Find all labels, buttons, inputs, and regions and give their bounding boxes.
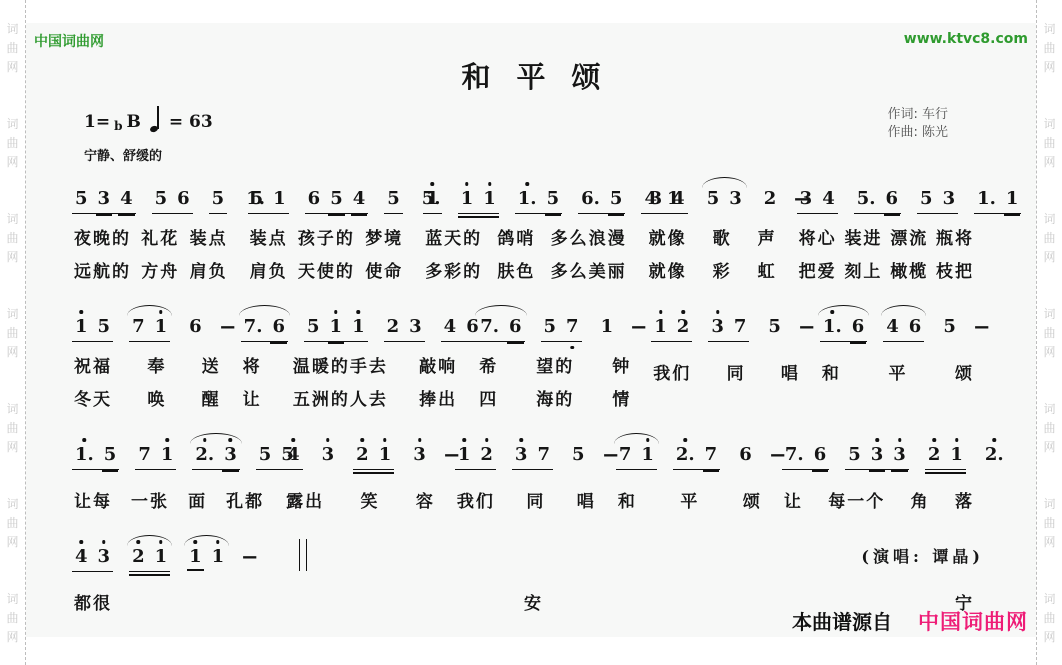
octave-dot-high [102, 540, 106, 544]
note-value: 4 [886, 316, 899, 337]
measure: 12375-我们同唱 [647, 296, 816, 410]
lyric-syllable: 同 [526, 487, 545, 512]
note: 5 [848, 446, 861, 464]
octave-dot-high [292, 438, 296, 442]
note: 3 [224, 446, 237, 464]
note-value: 4 [75, 546, 88, 567]
note-value: 5 [330, 188, 343, 209]
note: 2 [677, 318, 690, 336]
composer-credit: 作曲: 陈光 [887, 124, 948, 142]
lyric-syllable: 礼花 [141, 224, 179, 249]
lyric-syllable: 希 [479, 352, 498, 377]
note-value: 5 [75, 188, 88, 209]
note-group: 57 [541, 318, 582, 342]
note: 1 [352, 318, 365, 336]
note: 1 [379, 446, 392, 464]
lyrics-line: 将心装进漂流瓶将 [797, 224, 980, 249]
watermark-text: 词曲网 [1043, 23, 1055, 73]
measure: 1.6465-和平颂 [816, 296, 990, 410]
note: 1 [461, 190, 474, 208]
measure: 432111-都很安宁 [72, 526, 990, 614]
note-value: 5 [212, 188, 225, 209]
note-value: 6 [177, 188, 190, 209]
footer-source-label: 本曲谱源自 [792, 606, 892, 635]
flat-sign: b [114, 120, 122, 132]
note: 3 [322, 446, 335, 464]
note-value: 3 [943, 188, 956, 209]
note-value: 2 [928, 444, 941, 465]
note: 2. [195, 446, 214, 464]
note-value: 1 [426, 188, 439, 209]
octave-dot-high [525, 182, 529, 186]
lyric-syllable: 四 [479, 385, 498, 410]
lyric-syllable: 声 [758, 224, 777, 249]
note-value: 6 [509, 316, 522, 337]
note-value: 6. [581, 188, 600, 209]
note-value: 3 [409, 316, 422, 337]
site-name-link[interactable]: 中国词曲网 [34, 31, 104, 51]
watermark-text: 词曲网 [6, 498, 18, 548]
note-value: 5 [943, 316, 956, 337]
lyric-syllable: 孔都 [226, 487, 264, 512]
note-value: 7 [566, 316, 579, 337]
measure: 1111.56.541蓝天的鸽哨多么浪漫多彩的肤色多么美丽 [419, 168, 642, 282]
octave-dot-high [681, 310, 685, 314]
lyric-syllable: 送 [202, 352, 221, 377]
note: 4 [75, 548, 88, 566]
note-value: 7. [244, 316, 263, 337]
note-value: 6 [852, 316, 865, 337]
note: 1 [212, 548, 225, 566]
note-group: 2 [761, 190, 780, 214]
note-value: 4 [120, 188, 133, 209]
note-value: 1 [461, 188, 474, 209]
note: 6 [909, 318, 922, 336]
note: 7 [537, 446, 550, 464]
watermark-text: 词曲网 [6, 308, 18, 358]
note-group: - [632, 318, 645, 342]
notes-row: 1.5712.355 [72, 424, 270, 470]
lyric-syllable: 我们 [457, 487, 495, 512]
note-group: 534 [72, 190, 136, 214]
site-url-link[interactable]: www.ktvc8.com [904, 31, 1028, 51]
lyrics-line: 装点孩子的梦境 [248, 224, 410, 249]
lyric-syllable: 将 [243, 352, 262, 377]
measure: 1.5712.355让每一张面孔都 [72, 424, 280, 512]
note: 3 [515, 446, 528, 464]
note: 6 [509, 318, 522, 336]
staff-system: 1.5712.355让每一张面孔都43213-露出笑容12375-我们同唱712… [72, 424, 990, 512]
lyric-syllable: 刻上 [844, 257, 882, 282]
lyric-syllable: 安 [524, 589, 543, 614]
lyric-syllable: 同 [727, 359, 746, 384]
lyric-syllable: 歌 [713, 224, 732, 249]
note-group: - [243, 548, 256, 572]
note-value: 1 [601, 316, 614, 337]
notes-row: 7.6533212. [782, 424, 980, 470]
lyric-syllable: 梦境 [365, 224, 403, 249]
note-value: 2. [985, 444, 1004, 465]
lyric-syllable: 唤 [147, 385, 166, 410]
octave-dot-high [203, 438, 207, 442]
note-group: 34 [797, 190, 838, 214]
lyrics-line: 将温暖的手去敲响 [241, 352, 464, 377]
note: 5 [572, 446, 585, 464]
note-group: 12 [455, 446, 496, 470]
lyrics-line-verse2: 四海的情 [477, 385, 637, 410]
note-group: 11 [458, 190, 499, 214]
octave-dot-high [216, 540, 220, 544]
note: 7 [132, 318, 145, 336]
lyrics-line: 夜晚的礼花装点 [72, 224, 234, 249]
octave-dot-high [83, 438, 87, 442]
note: 3 [871, 446, 884, 464]
note: 7 [619, 446, 632, 464]
note: 1. [75, 446, 94, 464]
note-value: 2 [387, 316, 400, 337]
octave-dot-high [229, 438, 233, 442]
lyric-syllable: 敲响 [419, 352, 457, 377]
note: 7. [480, 318, 499, 336]
lyric-syllable: 唱 [577, 487, 596, 512]
note-value: 3 [515, 444, 528, 465]
note-value: 4 [353, 188, 366, 209]
credits: 作词: 车行 作曲: 陈光 [887, 106, 948, 141]
lyrics-line: 祝福奉送 [72, 352, 227, 377]
note-value: - [973, 318, 991, 336]
note: 2. [985, 446, 1004, 464]
key-tempo-signature: 1=bB = 63 [84, 106, 213, 132]
note-value: 2 [764, 188, 777, 209]
octave-dot-high [519, 438, 523, 442]
note-value: 1 [155, 316, 168, 337]
note-group: - [975, 318, 988, 342]
watermark-column-left: 词曲网词曲网词曲网词曲网词曲网词曲网词曲网 [0, 0, 26, 665]
note: 5 [943, 318, 956, 336]
note-value: 1 [161, 444, 174, 465]
note-group: 23 [384, 318, 425, 342]
note-value: 1 [483, 188, 496, 209]
lyrics-line-verse2: 就像彩虹 [647, 257, 783, 282]
note-group: 1 [598, 318, 617, 342]
measure: 5165455.装点孩子的梦境肩负天使的使命 [244, 168, 420, 282]
notes-row: 34532- [647, 168, 783, 214]
note-value: 5 [307, 316, 320, 337]
note: 7. [785, 446, 804, 464]
measure: 5345651.夜晚的礼花装点远航的方舟肩负 [72, 168, 244, 282]
lyric-syllable: 钟 [612, 352, 631, 377]
note-value: 6 [886, 188, 899, 209]
octave-dot-high [431, 182, 435, 186]
note: 4 [120, 190, 133, 208]
note-value: 1 [1006, 188, 1019, 209]
lyric-syllable: 和 [822, 359, 841, 384]
song-title: 和平颂 [435, 60, 626, 94]
note-value: - [798, 318, 816, 336]
notes-row: 15716- [72, 296, 227, 342]
octave-dot-high [137, 540, 141, 544]
note-group: 34 [647, 190, 688, 214]
lyric-syllable: 鸽哨 [497, 224, 535, 249]
slur-group: 71 [129, 318, 170, 342]
lyrics-line: 让每一张面孔都 [72, 487, 270, 512]
notes-row: 1111.56.541 [423, 168, 632, 214]
lyric-syllable: 唱 [781, 359, 800, 384]
lyric-syllable: 每一个 [828, 487, 885, 512]
note-group: 3 [410, 446, 429, 470]
note: 1 [601, 318, 614, 336]
note-value: 2. [676, 444, 695, 465]
note: 7 [138, 446, 151, 464]
note-value: 2 [132, 546, 145, 567]
note: 1. [823, 318, 842, 336]
note-value: 1 [641, 444, 654, 465]
octave-dot-high [326, 438, 330, 442]
note-group: 3 [319, 446, 338, 470]
note-group: 2.7 [673, 446, 720, 470]
note-value: 1 [330, 316, 343, 337]
note: 3 [409, 318, 422, 336]
octave-dot-high [334, 310, 338, 314]
slur-group: 71 [616, 446, 657, 470]
note: 1 [458, 446, 471, 464]
lyric-syllable: 肩负 [250, 257, 288, 282]
note-value: 5 [98, 316, 111, 337]
notes-row: 12375- [455, 424, 602, 470]
note-value: 1 [950, 444, 963, 465]
bpm-value: = 63 [169, 112, 213, 132]
lyric-syllable: 虹 [758, 257, 777, 282]
octave-dot-high [80, 310, 84, 314]
measure: 7.6571-希望的钟四海的情 [473, 296, 647, 410]
lyric-syllable: 孩子的 [298, 224, 355, 249]
octave-dot-high [831, 310, 835, 314]
note-group: 5 [569, 446, 588, 470]
note-group: 12 [651, 318, 692, 342]
lyric-syllable: 冬天 [74, 385, 112, 410]
note-value: 6 [308, 188, 321, 209]
note: 1 [950, 446, 963, 464]
note: 1 [654, 318, 667, 336]
notes-row: 345.6531.1 [797, 168, 980, 214]
note-value: 1 [189, 546, 202, 567]
dash-note: - [635, 318, 642, 336]
note: 3 [729, 190, 742, 208]
lyric-syllable: 让 [784, 487, 803, 512]
note: 2 [387, 318, 400, 336]
note: 7 [566, 318, 579, 336]
note: 2 [356, 446, 369, 464]
note-group: - [800, 318, 813, 342]
watermark-text: 词曲网 [1043, 593, 1055, 643]
note: 7 [705, 446, 718, 464]
note-value: 3 [224, 444, 237, 465]
lyric-syllable: 奉 [147, 352, 166, 377]
lyric-syllable: 让 [243, 385, 262, 410]
lyric-syllable: 容 [416, 487, 435, 512]
note-group: 2. [982, 446, 1007, 470]
lyrics-line-verse2: 肩负天使的使命 [248, 257, 410, 282]
note: 1 [483, 190, 496, 208]
slur-group: 7.6 [477, 318, 524, 342]
note-group: 5 [209, 190, 228, 214]
note-value: 3 [729, 188, 742, 209]
note-group: 37 [708, 318, 749, 342]
measure: 12375-我们同唱 [451, 424, 612, 512]
note-value: 1 [212, 546, 225, 567]
lyric-syllable: 颂 [743, 487, 762, 512]
measure: 712.76-和平颂 [612, 424, 778, 512]
octave-dot-low [571, 346, 575, 350]
slur-group: 46 [883, 318, 924, 342]
note: 5 [920, 190, 933, 208]
lyric-syllable: 多彩的 [425, 257, 482, 282]
note-value: 5 [920, 188, 933, 209]
slur-group: 21 [129, 548, 170, 572]
watermark-text: 词曲网 [6, 118, 18, 168]
note: 1 [1006, 190, 1019, 208]
note: 3 [711, 318, 724, 336]
note: 1 [155, 318, 168, 336]
octave-dot-high [716, 310, 720, 314]
lyric-syllable: 天使的 [298, 257, 355, 282]
watermark-text: 词曲网 [1043, 498, 1055, 548]
notes-row: 5345651. [72, 168, 234, 214]
note-group: 1 [423, 190, 442, 214]
note: 3 [800, 190, 813, 208]
watermark-text: 词曲网 [6, 23, 18, 73]
dash-note: - [224, 318, 231, 336]
note-group: 5.6 [854, 190, 901, 214]
lyrics-line: 露出笑容 [284, 487, 441, 512]
note-value: 5 [251, 188, 264, 209]
octave-dot-high [646, 438, 650, 442]
note: 5 [104, 446, 117, 464]
note: 3 [98, 548, 111, 566]
notes-row: 432111- [72, 526, 980, 572]
lyrics-line: 希望的钟 [477, 352, 637, 377]
note: 5 [544, 318, 557, 336]
note-group: 6.5 [578, 190, 625, 214]
lyrics-line: 我们同唱 [651, 359, 806, 384]
watermark-text: 词曲网 [6, 593, 18, 643]
note: 3 [650, 190, 663, 208]
lyric-syllable: 装点 [190, 224, 228, 249]
note-value: 1 [654, 316, 667, 337]
staff-system: 432111-都很安宁 [72, 526, 990, 614]
note-group: 511 [304, 318, 368, 342]
slur-group: 1.6 [820, 318, 867, 342]
note: 5 [707, 190, 720, 208]
lyric-syllable: 海的 [536, 385, 574, 410]
note-value: 5 [544, 316, 557, 337]
note-value: 5 [387, 188, 400, 209]
measure: 34532-就像歌声就像彩虹 [643, 168, 793, 282]
lyrics-line-verse2: 让五洲的人去捧出 [241, 385, 464, 410]
notes-row: 1.6465- [820, 296, 980, 342]
watermark-text: 词曲网 [1043, 308, 1055, 358]
note-value: - [630, 318, 648, 336]
lyric-syllable: 彩 [713, 257, 732, 282]
lyric-syllable: 多么浪漫 [551, 224, 627, 249]
note: 1 [641, 446, 654, 464]
note-value: 3 [650, 188, 663, 209]
note-value: - [241, 548, 259, 566]
lyric-syllable: 落 [955, 487, 974, 512]
note: 5 [768, 318, 781, 336]
note-value: 3 [98, 188, 111, 209]
lyrics-line-verse2: 多彩的肤色多么美丽 [423, 257, 632, 282]
lyrics-line: 和平颂 [616, 487, 768, 512]
note: 2. [676, 446, 695, 464]
note: 6 [739, 446, 752, 464]
note: 4 [353, 190, 366, 208]
note-value: 3 [893, 444, 906, 465]
lyric-syllable: 枝把 [936, 257, 974, 282]
note: 5 [307, 318, 320, 336]
note-value: 3 [322, 444, 335, 465]
note: 6 [886, 190, 899, 208]
lyrics-line-verse2: 冬天唤醒 [72, 385, 227, 410]
note: 3 [413, 446, 426, 464]
note-value: 7. [785, 444, 804, 465]
note: 1 [75, 318, 88, 336]
note-group: 21 [925, 446, 966, 470]
octave-dot-high [898, 438, 902, 442]
note: 6 [852, 318, 865, 336]
note-value: 4 [672, 188, 685, 209]
note-value: 5. [857, 188, 876, 209]
note-value: 6 [814, 444, 827, 465]
note: 6 [272, 318, 285, 336]
lyric-syllable: 远航的 [74, 257, 131, 282]
lyric-syllable: 醒 [202, 385, 221, 410]
note-group: 21 [353, 446, 394, 470]
lyric-syllable: 角 [911, 487, 930, 512]
lyric-syllable: 就像 [649, 257, 687, 282]
note-group: 37 [512, 446, 553, 470]
note-group: 1.1 [974, 190, 1021, 214]
note: 5 [330, 190, 343, 208]
note-group: 7.6 [782, 446, 829, 470]
note-group: 5 [384, 190, 403, 214]
lyric-syllable: 笑 [360, 487, 379, 512]
lyric-syllable: 将心 [799, 224, 837, 249]
note-value: 3 [98, 546, 111, 567]
watermark-text: 词曲网 [1043, 213, 1055, 263]
note-value: 2 [356, 444, 369, 465]
watermark-text: 词曲网 [1043, 118, 1055, 168]
dash-note: - [978, 318, 985, 336]
note: 1. [518, 190, 537, 208]
staff-system: 5345651.夜晚的礼花装点远航的方舟肩负5165455.装点孩子的梦境肩负天… [72, 168, 990, 282]
note: 1 [426, 190, 439, 208]
note-value: 3 [711, 316, 724, 337]
note: 5 [547, 190, 560, 208]
lyric-syllable: 橄榄 [890, 257, 928, 282]
note-value: 7 [132, 316, 145, 337]
note-group: 654 [305, 190, 369, 214]
note: 6 [308, 190, 321, 208]
note-group: 71 [135, 446, 176, 470]
lyric-syllable: 温暖的手去 [293, 352, 388, 377]
footer-site-link[interactable]: 中国词曲网 [918, 606, 1028, 636]
note: 1 [273, 190, 286, 208]
note: 6. [581, 190, 600, 208]
staff-system: 15716-祝福奉送冬天唤醒7.65112346将温暖的手去敲响让五洲的人去捧出… [72, 296, 990, 410]
performer-credit: (演唱: 谭晶) [861, 544, 984, 567]
note-group: 5 [765, 318, 784, 342]
